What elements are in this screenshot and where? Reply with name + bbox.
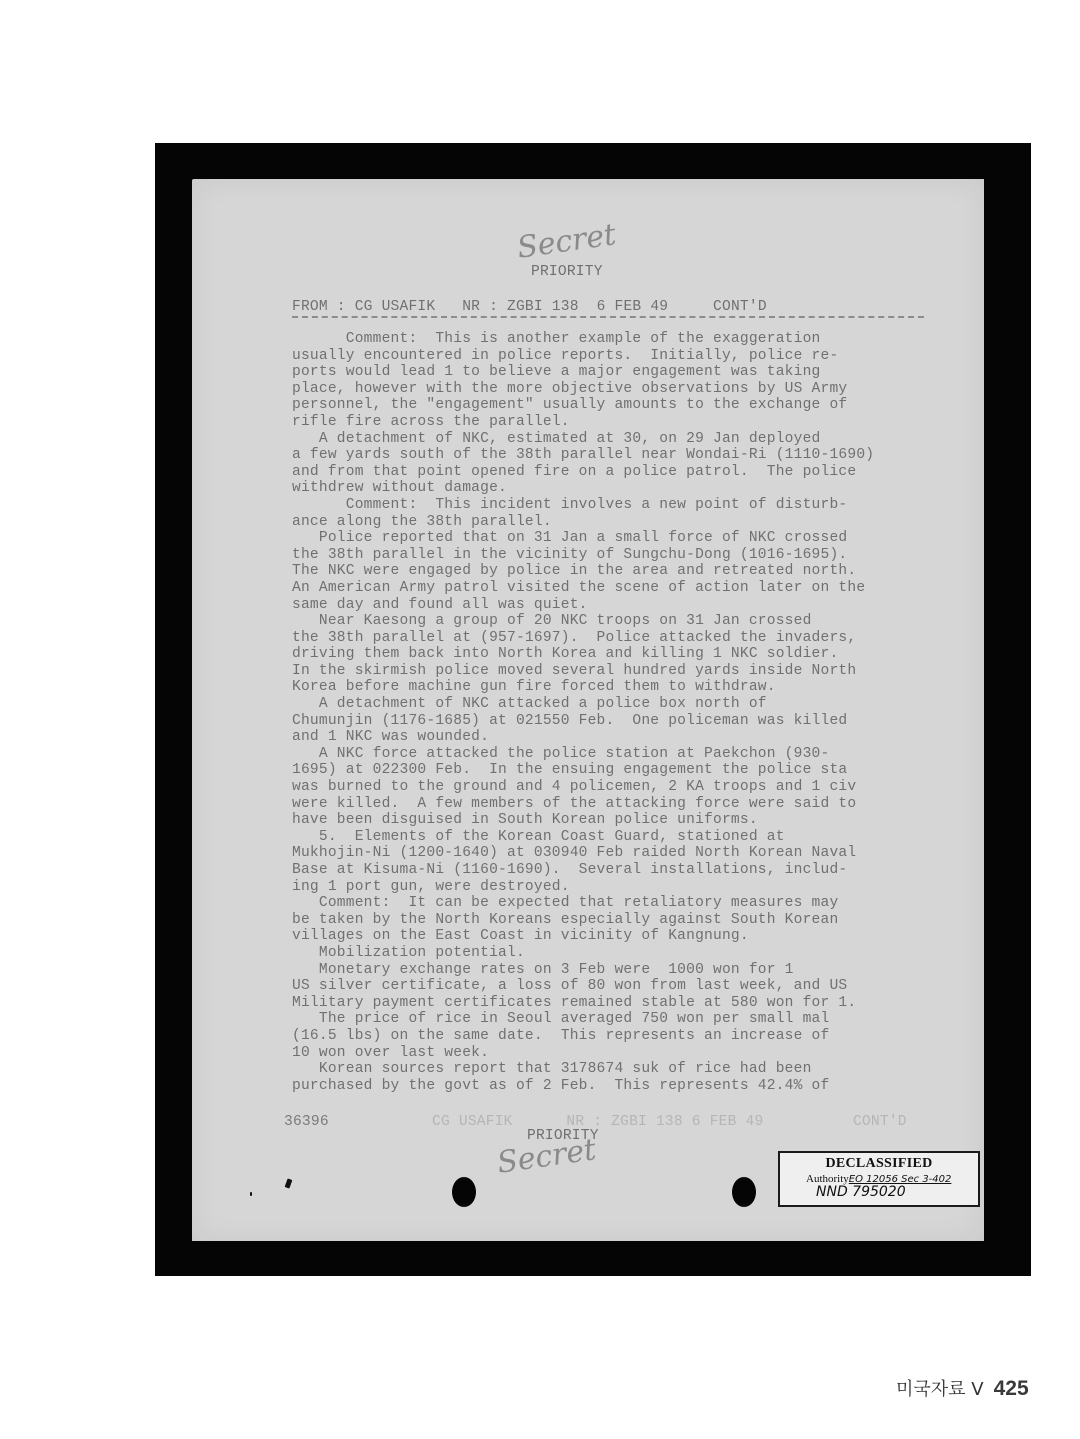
speck-mark xyxy=(250,1192,252,1196)
document-line: Mobilization potential. xyxy=(292,945,942,962)
document-line: 1695) at 022300 Feb. In the ensuing enga… xyxy=(292,762,942,779)
header-status: CONT'D xyxy=(713,299,767,315)
document-line: The NKC were engaged by police in the ar… xyxy=(292,563,942,580)
document-line: rifle fire across the parallel. xyxy=(292,414,942,431)
document-line: Comment: This incident involves a new po… xyxy=(292,497,942,514)
document-paper: Secret PRIORITY FROM : CG USAFIK NR : ZG… xyxy=(192,179,984,1241)
document-line: A detachment of NKC attacked a police bo… xyxy=(292,696,942,713)
declassified-title: DECLASSIFIED xyxy=(780,1156,978,1172)
document-line: In the skirmish police moved several hun… xyxy=(292,663,942,680)
speck-mark xyxy=(285,1178,293,1188)
document-line: Mukhojin-Ni (1200-1640) at 030940 Feb ra… xyxy=(292,845,942,862)
document-line: personnel, the "engagement" usually amou… xyxy=(292,397,942,414)
document-line: ing 1 port gun, were destroyed. xyxy=(292,879,942,896)
document-line: Chumunjin (1176-1685) at 021550 Feb. One… xyxy=(292,713,942,730)
scanned-document-frame: Secret PRIORITY FROM : CG USAFIK NR : ZG… xyxy=(155,143,1031,1276)
document-line: Base at Kisuma-Ni (1160-1690). Several i… xyxy=(292,862,942,879)
document-line: A NKC force attacked the police station … xyxy=(292,746,942,763)
document-line: usually encountered in police reports. I… xyxy=(292,348,942,365)
document-line: 5. Elements of the Korean Coast Guard, s… xyxy=(292,829,942,846)
document-line: place, however with the more objective o… xyxy=(292,381,942,398)
document-line: A detachment of NKC, estimated at 30, on… xyxy=(292,431,942,448)
document-body: Comment: This is another example of the … xyxy=(292,331,942,1094)
document-line: purchased by the govt as of 2 Feb. This … xyxy=(292,1078,942,1095)
document-line: An American Army patrol visited the scen… xyxy=(292,580,942,597)
document-line: Comment: This is another example of the … xyxy=(292,331,942,348)
document-line: was burned to the ground and 4 policemen… xyxy=(292,779,942,796)
header-from: FROM : CG USAFIK xyxy=(292,299,435,315)
header-nr: NR : ZGBI 138 xyxy=(462,299,578,315)
document-line: Military payment certificates remained s… xyxy=(292,995,942,1012)
document-line: and from that point opened fire on a pol… xyxy=(292,464,942,481)
document-line: Monetary exchange rates on 3 Feb were 10… xyxy=(292,962,942,979)
handwritten-secret-bottom: Secret xyxy=(495,1132,598,1180)
document-line: Near Kaesong a group of 20 NKC troops on… xyxy=(292,613,942,630)
document-line: Comment: It can be expected that retalia… xyxy=(292,895,942,912)
document-line: and 1 NKC was wounded. xyxy=(292,729,942,746)
page-number: 425 xyxy=(994,1377,1029,1400)
document-line: a few yards south of the 38th parallel n… xyxy=(292,447,942,464)
document-line: Korean sources report that 3178674 suk o… xyxy=(292,1061,942,1078)
page-footer: 미국자료 V425 xyxy=(896,1375,1029,1401)
document-line: (16.5 lbs) on the same date. This repres… xyxy=(292,1028,942,1045)
document-line: driving them back into North Korea and k… xyxy=(292,646,942,663)
footer-ghost-text: CG USAFIK NR : ZGBI 138 6 FEB 49 CONT'D xyxy=(432,1114,907,1130)
document-line: were killed. A few members of the attack… xyxy=(292,796,942,813)
document-line: ports would lead 1 to believe a major en… xyxy=(292,364,942,381)
document-line: ance along the 38th parallel. xyxy=(292,514,942,531)
document-line: the 38th parallel in the vicinity of Sun… xyxy=(292,547,942,564)
priority-stamp-top: PRIORITY xyxy=(531,264,603,280)
document-line: withdrew without damage. xyxy=(292,480,942,497)
document-line: The price of rice in Seoul averaged 750 … xyxy=(292,1011,942,1028)
section-title: 미국자료 V xyxy=(896,1379,984,1400)
declassified-stamp: DECLASSIFIED AuthorityEO 12056 Sec 3-402… xyxy=(778,1151,980,1207)
document-line: Police reported that on 31 Jan a small f… xyxy=(292,530,942,547)
document-line: 10 won over last week. xyxy=(292,1045,942,1062)
document-line: same day and found all was quiet. xyxy=(292,597,942,614)
document-line: villages on the East Coast in vicinity o… xyxy=(292,928,942,945)
message-header: FROM : CG USAFIK NR : ZGBI 138 6 FEB 49 … xyxy=(292,299,924,318)
document-line: have been disguised in South Korean poli… xyxy=(292,812,942,829)
document-line: US silver certificate, a loss of 80 won … xyxy=(292,978,942,995)
document-line: be taken by the North Koreans especially… xyxy=(292,912,942,929)
header-date: 6 FEB 49 xyxy=(597,299,669,315)
document-line: Korea before machine gun fire forced the… xyxy=(292,679,942,696)
punch-hole-icon xyxy=(452,1177,476,1207)
punch-hole-icon xyxy=(732,1177,756,1207)
nnd-number: NND 795020 xyxy=(780,1184,978,1200)
footer-number: 36396 xyxy=(284,1114,329,1130)
document-line: the 38th parallel at (957-1697). Police … xyxy=(292,630,942,647)
handwritten-secret-top: Secret xyxy=(515,217,618,265)
